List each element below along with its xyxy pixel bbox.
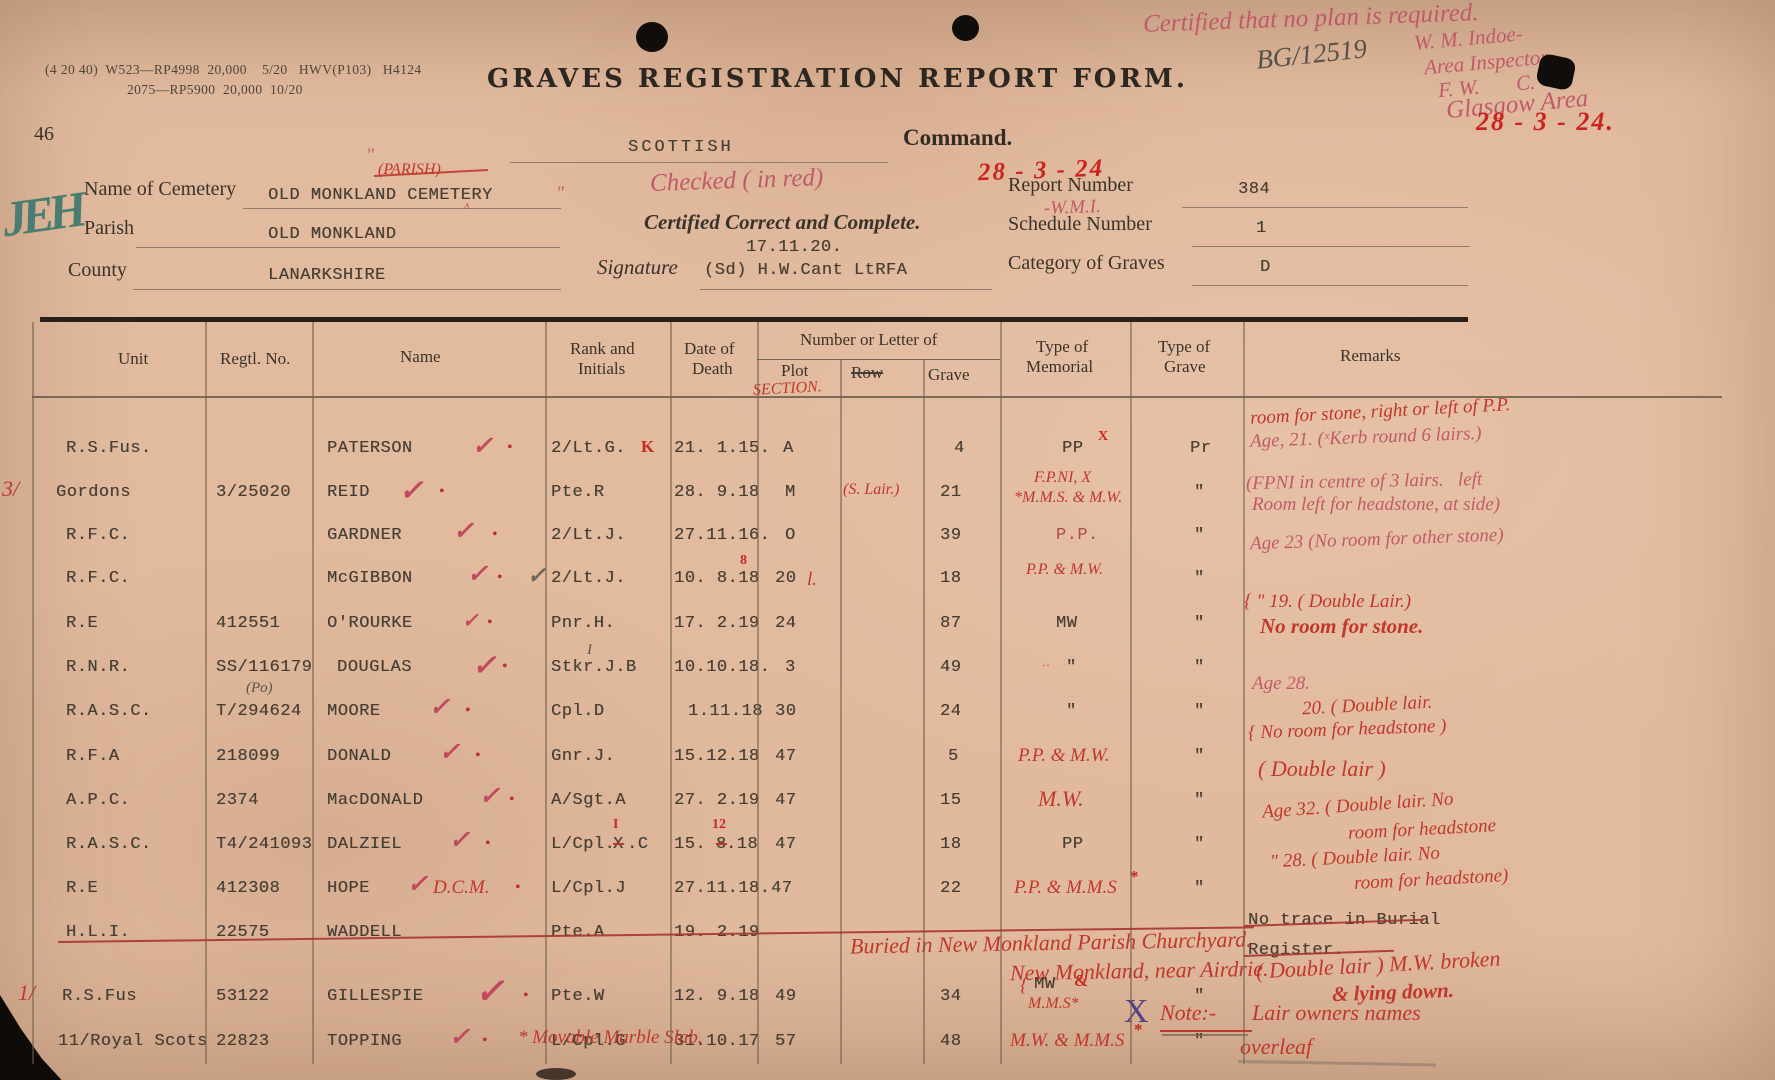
table-cell-regtl: 22823 bbox=[216, 1033, 270, 1051]
remark: ( Double lair ) bbox=[1258, 758, 1386, 781]
table-cell-unit: R.F.A bbox=[66, 748, 120, 766]
col-header-grave-type-2: Grave bbox=[1164, 358, 1206, 376]
rule-line bbox=[545, 322, 547, 1064]
table-cell-date: 10.10.18. bbox=[674, 659, 770, 677]
table-cell-name: ✓ bbox=[462, 611, 479, 632]
table-cell-name: ✓ bbox=[453, 519, 474, 545]
table-cell-regtl: 53122 bbox=[216, 988, 270, 1006]
report-number-value: 384 bbox=[1238, 181, 1270, 199]
table-cell-mem: P.P. & M.W. bbox=[1018, 746, 1110, 766]
table-cell-rank: 2/Lt.J. bbox=[551, 527, 626, 545]
col-header-grave-type-1: Type of bbox=[1158, 338, 1210, 356]
table-cell-name: GILLESPIE bbox=[327, 988, 423, 1006]
table-cell-rank: Pte.A bbox=[551, 924, 605, 942]
table-cell-plot: 47 bbox=[775, 748, 796, 766]
table-cell-name: ✓ bbox=[429, 695, 450, 721]
table-cell-rank: Pte.R bbox=[551, 484, 605, 502]
table-cell-grave: 4 bbox=[954, 440, 965, 458]
print-code-line1: (4 20 40) W523—RP4998 20,000 5/20 HWV(P1… bbox=[45, 63, 422, 77]
table-cell-grave: 22 bbox=[940, 880, 961, 898]
table-cell-plot: 24 bbox=[775, 615, 796, 633]
rule-line bbox=[757, 359, 1000, 360]
page-number: 46 bbox=[34, 124, 54, 145]
rule-line bbox=[670, 322, 672, 1064]
table-cell-name: • bbox=[515, 880, 521, 897]
remark: Age, 21. (ˣKerb round 6 lairs.) bbox=[1250, 424, 1482, 452]
table-cell-regtl: 218099 bbox=[216, 748, 280, 766]
table-cell-unit: R.E bbox=[66, 615, 98, 633]
table-cell-date: 12. 9.18 bbox=[674, 988, 760, 1006]
rule-line bbox=[1192, 285, 1468, 286]
table-cell-date: 28. 9.18 bbox=[674, 484, 760, 502]
file-reference: BG/12519 bbox=[1255, 34, 1368, 74]
table-cell-name: D.C.M. bbox=[433, 878, 489, 898]
rule-line bbox=[840, 359, 842, 1064]
table-cell-date: 12 bbox=[712, 818, 726, 833]
table-cell-mem: P.P. & M.M.S bbox=[1014, 878, 1117, 898]
quote-mark: " bbox=[366, 146, 374, 166]
table-cell-plot: 57 bbox=[775, 1033, 796, 1051]
remark: 20. ( Double lair. bbox=[1302, 693, 1433, 720]
checked-date: 28 - 3 - 24 bbox=[978, 156, 1105, 186]
table-cell-grave: 49 bbox=[940, 659, 961, 677]
col-header-rank-1: Rank and bbox=[570, 340, 635, 358]
table-cell-plot: O bbox=[785, 527, 796, 545]
remark: { " 19. ( Double Lair.) bbox=[1244, 592, 1411, 612]
table-cell-plot: 47 bbox=[771, 880, 792, 898]
col-header-name: Name bbox=[400, 348, 441, 366]
table-cell-name: • bbox=[475, 748, 481, 765]
table-cell-plot: 3 bbox=[785, 659, 796, 677]
table-cell-mem: PP bbox=[1062, 440, 1083, 458]
table-cell-regtl: 412308 bbox=[216, 880, 280, 898]
col-header-remarks: Remarks bbox=[1340, 347, 1400, 365]
table-cell-plot: 20 bbox=[775, 570, 796, 588]
table-cell-gtype: " bbox=[1194, 659, 1205, 677]
cross-mark: X bbox=[1124, 994, 1149, 1029]
note-text: overleaf bbox=[1240, 1036, 1312, 1059]
table-cell-mem: M.W. bbox=[1038, 788, 1084, 811]
col-header-unit: Unit bbox=[118, 350, 148, 368]
col-header-memorial-2: Memorial bbox=[1026, 358, 1093, 376]
table-cell-name: TOPPING bbox=[327, 1033, 402, 1051]
table-cell-name: ✓ bbox=[439, 740, 460, 766]
table-cell-unit: R.N.R. bbox=[66, 659, 130, 677]
table-cell-name: ✓ bbox=[479, 784, 500, 810]
table-cell-name: DOUGLAS bbox=[337, 659, 412, 677]
table-cell-name: GARDNER bbox=[327, 527, 402, 545]
table-cell-gtype: " bbox=[1194, 484, 1205, 502]
table-cell-rank: X bbox=[613, 836, 624, 854]
table-cell-name: • bbox=[465, 703, 471, 720]
table-cell-name: • bbox=[439, 484, 445, 501]
table-cell-plot: 47 bbox=[775, 792, 796, 810]
table-cell-gtype: Pr bbox=[1190, 440, 1211, 458]
rule-line bbox=[1238, 1060, 1436, 1066]
col-header-row-struck: Row bbox=[851, 364, 883, 382]
caret-mark: ʌ bbox=[464, 198, 470, 212]
col-header-date-2: Death bbox=[692, 360, 733, 378]
table-cell-unit: R.F.C. bbox=[66, 527, 130, 545]
table-cell-rank: Gnr.J. bbox=[551, 748, 615, 766]
table-cell-name: DONALD bbox=[327, 748, 391, 766]
table-cell-name: ✓ bbox=[449, 828, 470, 854]
rule-line bbox=[1000, 322, 1002, 1064]
edge-mark bbox=[536, 1068, 576, 1080]
table-cell-regtl: 3/25020 bbox=[216, 484, 291, 502]
table-cell-name: McGIBBON bbox=[327, 570, 413, 588]
table-cell-gtype: " bbox=[1194, 748, 1205, 766]
remark: (FPNI in centre of 3 lairs. left bbox=[1246, 470, 1483, 494]
table-cell-gtype: " bbox=[1194, 792, 1205, 810]
table-cell-rank: .C bbox=[627, 836, 648, 854]
col-header-grave: Grave bbox=[928, 366, 970, 384]
remark: New Monkland, near Airdrie. bbox=[1010, 958, 1269, 985]
table-cell-plot: 49 bbox=[775, 988, 796, 1006]
table-cell-mem: F.P.NI, X bbox=[1034, 470, 1091, 487]
table-cell-name: ✓ bbox=[475, 974, 504, 1010]
table-cell-regtl: T/294624 bbox=[216, 703, 302, 721]
certified-line: Certified Correct and Complete. bbox=[644, 212, 920, 234]
table-cell-rank: Stkr.J.B bbox=[551, 659, 637, 677]
rule-line bbox=[40, 317, 1468, 322]
table-cell-regtl: SS/116179 bbox=[216, 659, 312, 677]
table-cell-mem: P.P. bbox=[1056, 527, 1099, 545]
table-cell-mem: X bbox=[1098, 430, 1108, 445]
remark: Age 28. bbox=[1252, 674, 1310, 694]
table-cell-plot: 47 bbox=[775, 836, 796, 854]
table-cell-rank: I bbox=[587, 643, 592, 659]
table-cell-mem: *M.M.S. & M.W. bbox=[1014, 490, 1122, 507]
table-cell-plot: 30 bbox=[775, 703, 796, 721]
table-cell-mem: M.W. & M.M.S bbox=[1010, 1031, 1124, 1051]
checked-initials: -W.M.I. bbox=[1044, 197, 1101, 219]
inspector-date: 28 - 3 - 24. bbox=[1476, 108, 1615, 135]
print-code-line2: 2075—RP5900 20,000 10/20 bbox=[127, 83, 303, 97]
rule-line bbox=[243, 208, 561, 209]
col-header-memorial-1: Type of bbox=[1036, 338, 1088, 356]
table-cell-regtl: (Po) bbox=[246, 681, 273, 697]
punch-hole bbox=[1535, 53, 1577, 92]
remark: Buried in New Monkland Parish Churchyard… bbox=[850, 928, 1252, 958]
table-cell-margin: 3/ bbox=[2, 478, 19, 501]
table-cell-name: ✓ bbox=[472, 434, 493, 460]
table-cell-gtype: " bbox=[1194, 527, 1205, 545]
table-cell-row: (S. Lair.) bbox=[843, 482, 899, 499]
table-cell-mem: M.M.S* bbox=[1028, 996, 1079, 1013]
remark: " 28. ( Double lair. No bbox=[1270, 844, 1441, 873]
rule-line bbox=[1192, 246, 1470, 247]
table-cell-name: O'ROURKE bbox=[327, 615, 413, 633]
remark: room for headstone) bbox=[1354, 866, 1509, 894]
table-cell-date: 1.11.18 bbox=[688, 703, 763, 721]
margin-monogram: JEH bbox=[0, 183, 84, 246]
rule-line bbox=[1162, 1034, 1248, 1036]
table-cell-grave: 24 bbox=[940, 703, 961, 721]
col-header-rank-2: Initials bbox=[578, 360, 625, 378]
table-cell-plot: A bbox=[783, 440, 794, 458]
col-header-regtl: Regtl. No. bbox=[220, 350, 290, 368]
table-cell-unit: 11/Royal Scots bbox=[58, 1033, 208, 1051]
table-cell-name: • bbox=[509, 792, 515, 809]
rule-line bbox=[32, 322, 34, 1064]
table-cell-grave: 15 bbox=[940, 792, 961, 810]
note-label: Note:- bbox=[1160, 1002, 1216, 1025]
table-cell-unit: A.P.C. bbox=[66, 792, 130, 810]
table-cell-mem: " bbox=[1066, 659, 1077, 677]
table-cell-name: • bbox=[502, 659, 508, 676]
rule-line bbox=[133, 289, 561, 290]
table-cell-name: MOORE bbox=[327, 703, 381, 721]
table-cell-name: MacDONALD bbox=[327, 792, 423, 810]
county-label: County bbox=[68, 260, 127, 281]
table-cell-grave: 48 bbox=[940, 1033, 961, 1051]
rule-line bbox=[923, 359, 925, 1064]
table-cell-name: ✓ bbox=[449, 1025, 470, 1051]
rule-line bbox=[32, 396, 1722, 398]
table-cell-grave: 5 bbox=[948, 748, 959, 766]
table-cell-grave: 18 bbox=[940, 836, 961, 854]
table-cell-date: 27.11.16. bbox=[674, 527, 770, 545]
col-header-plot: Plot bbox=[781, 362, 808, 380]
note-text: Lair owners names bbox=[1252, 1002, 1421, 1025]
quote-mark: " bbox=[556, 184, 564, 204]
table-cell-rank: K bbox=[641, 438, 654, 456]
col-header-number-or-letter: Number or Letter of bbox=[800, 331, 937, 349]
checked-stamp: Checked ( in red) bbox=[650, 165, 824, 197]
table-cell-rank: 2/Lt.J. bbox=[551, 570, 626, 588]
table-cell-plot: M bbox=[785, 484, 796, 502]
certified-date: 17.11.20. bbox=[746, 239, 842, 257]
remark: Age 23 (No room for other stone) bbox=[1250, 526, 1504, 555]
table-cell-name: REID bbox=[327, 484, 370, 502]
signature-label: Signature bbox=[597, 257, 678, 279]
remark: Age 32. ( Double lair. No bbox=[1262, 789, 1454, 822]
table-cell-name: DALZIEL bbox=[327, 836, 402, 854]
table-cell-grave: 87 bbox=[940, 615, 961, 633]
table-cell-name: ✓ bbox=[527, 564, 546, 588]
table-cell-name: • bbox=[507, 440, 513, 457]
table-cell-date: .18 bbox=[726, 836, 758, 854]
table-cell-mem: ·· bbox=[1042, 659, 1050, 671]
table-cell-name: ✓ bbox=[467, 562, 488, 588]
remark: No room for stone. bbox=[1260, 616, 1423, 638]
table-cell-unit: R.A.S.C. bbox=[66, 836, 152, 854]
rule-line bbox=[1130, 322, 1132, 1064]
county-value: LANARKSHIRE bbox=[268, 267, 386, 285]
graves-registration-form-sheet: (4 20 40) W523—RP4998 20,000 5/20 HWV(P1… bbox=[0, 0, 1775, 1080]
table-cell-regtl: 412551 bbox=[216, 615, 280, 633]
table-cell-name: • bbox=[497, 570, 503, 587]
table-cell-rank: L/Cpl. bbox=[551, 836, 615, 854]
table-cell-rank: 2/Lt.G. bbox=[551, 440, 626, 458]
schedule-number-value: 1 bbox=[1256, 220, 1267, 238]
table-cell-gtype: " bbox=[1194, 615, 1205, 633]
table-cell-mem: P.P. & M.W. bbox=[1026, 562, 1103, 579]
command-value: SCOTTISH bbox=[628, 139, 734, 157]
table-cell-name: ✓ bbox=[472, 651, 496, 681]
table-cell-gtype: " bbox=[1194, 703, 1205, 721]
col-header-date-1: Date of bbox=[684, 340, 735, 358]
table-cell-unit: R.F.C. bbox=[66, 570, 130, 588]
table-cell-date: 21. 1.15. bbox=[674, 440, 770, 458]
rule-line bbox=[205, 322, 207, 1064]
table-cell-mem: " bbox=[1066, 703, 1077, 721]
table-cell-unit: R.S.Fus. bbox=[66, 440, 152, 458]
parish-value: OLD MONKLAND bbox=[268, 226, 396, 244]
table-cell-unit: R.S.Fus bbox=[62, 988, 137, 1006]
table-cell-mem: MW bbox=[1056, 615, 1077, 633]
punch-hole bbox=[636, 22, 668, 52]
table-cell-rank: I bbox=[613, 818, 618, 833]
table-cell-rank: Cpl.D bbox=[551, 703, 605, 721]
table-cell-mem: PP bbox=[1062, 836, 1083, 854]
category-value: D bbox=[1260, 259, 1271, 277]
table-cell-rank: Pnr.H. bbox=[551, 615, 615, 633]
cemetery-value: OLD MONKLAND CEMETERY bbox=[268, 187, 493, 205]
remark: room for headstone bbox=[1348, 816, 1497, 843]
table-cell-name: • bbox=[482, 1033, 488, 1050]
remark: Room left for headstone, at side) bbox=[1252, 495, 1500, 515]
table-cell-gtype: " bbox=[1194, 836, 1205, 854]
cemetery-label: Name of Cemetery bbox=[84, 179, 236, 200]
table-cell-rank: Pte.W bbox=[551, 988, 605, 1006]
rule-line bbox=[510, 162, 888, 163]
table-cell-name: • bbox=[523, 988, 529, 1005]
punch-hole bbox=[952, 15, 979, 41]
table-cell-date: 17. 2.19 bbox=[674, 615, 760, 633]
table-cell-rank: A/Sgt.A bbox=[551, 792, 626, 810]
table-cell-name: • bbox=[492, 527, 498, 544]
table-cell-date: 15. bbox=[674, 836, 706, 854]
rule-line bbox=[700, 289, 992, 290]
rule-line bbox=[1243, 322, 1245, 1064]
table-cell-plot: l. bbox=[807, 570, 817, 590]
table-cell-name: ✓ bbox=[399, 476, 423, 506]
table-cell-unit: H.L.I. bbox=[66, 924, 130, 942]
rule-line bbox=[757, 322, 759, 1064]
table-cell-grave: 18 bbox=[940, 570, 961, 588]
table-cell-name: ✓ bbox=[407, 872, 428, 898]
rule-line bbox=[1182, 207, 1468, 208]
table-cell-gtype: " bbox=[1194, 880, 1205, 898]
table-cell-regtl: 2374 bbox=[216, 792, 259, 810]
table-cell-grave: 21 bbox=[940, 484, 961, 502]
remark: { No room for headstone ) bbox=[1248, 717, 1447, 744]
parish-label: Parish bbox=[84, 218, 134, 239]
table-cell-unit: Gordons bbox=[56, 484, 131, 502]
table-cell-unit: R.E bbox=[66, 880, 98, 898]
table-cell-unit: R.A.S.C. bbox=[66, 703, 152, 721]
table-cell-name: HOPE bbox=[327, 880, 370, 898]
signature-value: (Sd) H.W.Cant LtRFA bbox=[704, 262, 907, 280]
table-cell-date: 10. 8.18 bbox=[674, 570, 760, 588]
table-cell-grave: 34 bbox=[940, 988, 961, 1006]
table-cell-name: • bbox=[485, 836, 491, 853]
table-cell-rank: L/Cpl.J bbox=[551, 880, 626, 898]
rule-line bbox=[312, 322, 314, 1064]
table-cell-regtl: T4/241093 bbox=[216, 836, 312, 854]
form-title: GRAVES REGISTRATION REPORT FORM. bbox=[487, 66, 1188, 93]
table-cell-gtype: " bbox=[1194, 570, 1205, 588]
table-cell-date: 15.12.18 bbox=[674, 748, 760, 766]
category-label: Category of Graves bbox=[1008, 253, 1165, 274]
table-cell-grave: 39 bbox=[940, 527, 961, 545]
table-cell-name: PATERSON bbox=[327, 440, 413, 458]
table-cell-name: • bbox=[487, 615, 493, 632]
table-cell-date: 8 bbox=[740, 554, 747, 569]
rule-line bbox=[1160, 1030, 1252, 1032]
rule-line bbox=[136, 247, 560, 248]
command-label: Command. bbox=[903, 126, 1012, 150]
table-cell-date: 27.11.18. bbox=[674, 880, 770, 898]
table-cell-date: 27. 2.19 bbox=[674, 792, 760, 810]
